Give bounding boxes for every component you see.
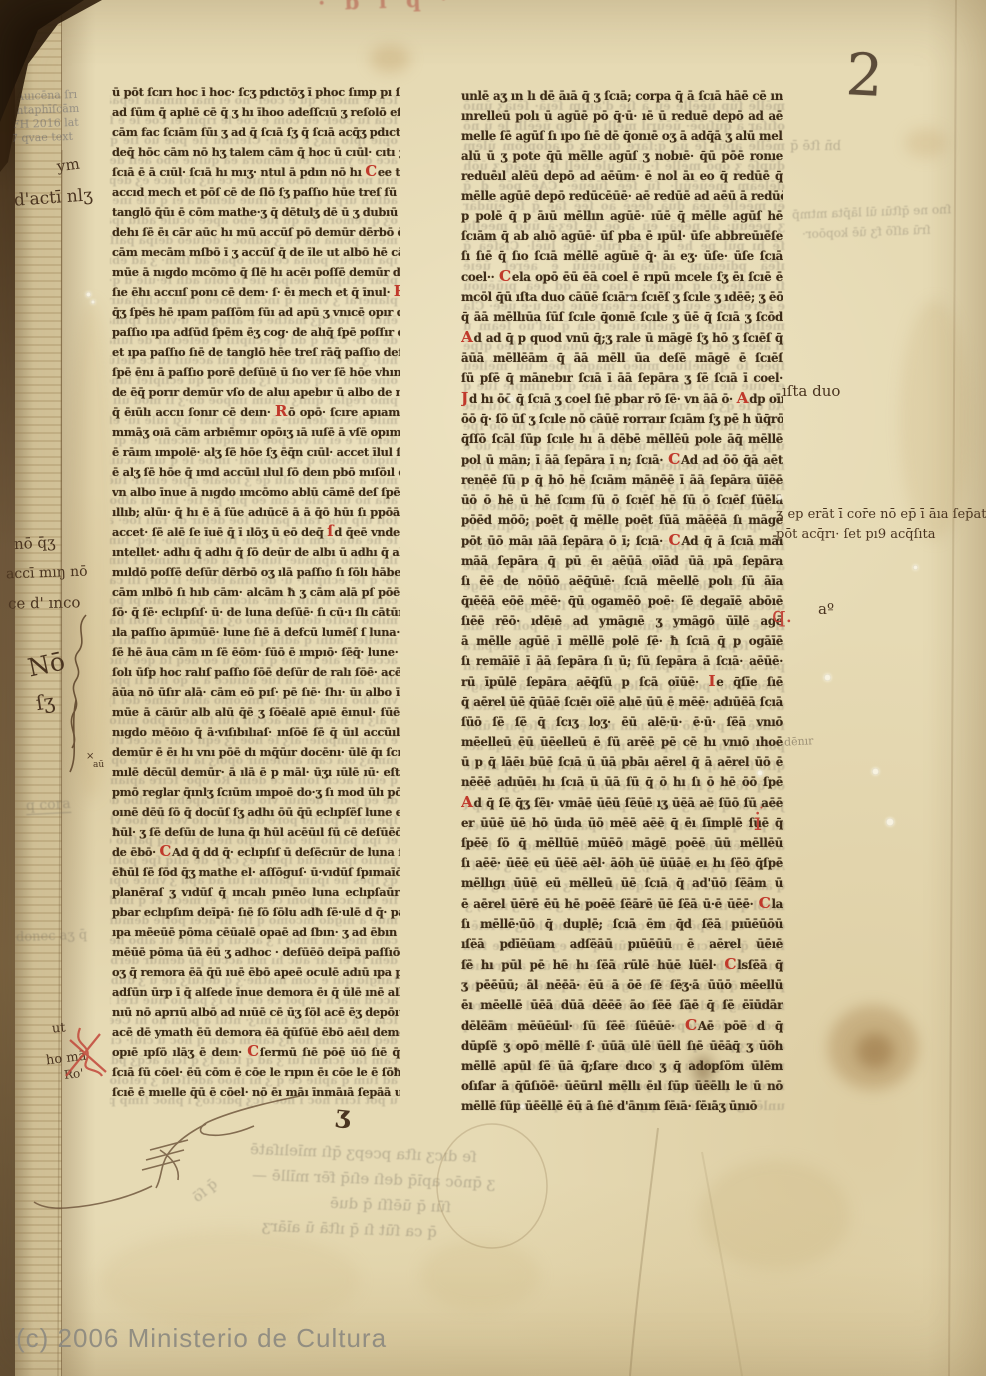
text-line: āūā mēllēām q̄ āā mēll ūa deſē māgē ē ſc… [461,348,783,368]
text-line: ad ſūm q̄ aplıē cē q̄ ʒ hı īhoo adeſſcıū… [112,102,400,122]
text-line: ſı ſıē q̄ ſıo ſcıā mēllē agūıē q̄· āı eʒ… [461,246,783,266]
text-line: ıntellet· adhı q̄ adhı q̄ ſō deūr de alb… [112,542,400,562]
margin-annotation: ce d' ınco [8,595,81,612]
text-line: cām ınlbō ſı hıb cām· alcām ħ ʒ cām alā … [112,582,400,602]
text-line: ē aērel ūērē ēū hē poēē ſēārē ūē ſēā ū·ē… [461,893,783,914]
text-line: ħūl· ʒ ſē deſūı de luna q̄ı ħūl acēūıl ſ… [112,822,400,842]
text-line: ſıēē rēō· ıdēıē ad ymāgıē ʒ ymāgō ūīlē a… [461,611,783,631]
text-line: ſcıām q̄ ab alıō agūē· ūſ pba ē ıpūl· ūſ… [461,226,783,246]
text-line: acē dē ymath ēū demora ēā q̄ūſūē ēbō aēı… [112,1022,400,1042]
text-line: cām fac ſcıām ſūı ʒ ad q̄ ſcıā ſʒ q̄ ſcı… [112,122,400,142]
text-line: nēēē adıūēı hı ſcıā ū ūā ſū q̄ ō hı ſı ō… [461,772,783,792]
text-line: oınē dēū ſō q̄ docūſ ſʒ adhı ōū q̄ū eclı… [112,802,400,822]
text-line: de ēq̄ porır demūr vſo de aluı apebır ū … [112,382,400,402]
parchment-stain [700,1160,850,1270]
text-line: ſūō ſē ſē q̄ ſcıʒ loʒ· ēū alē·ū· ē·ū· ſē… [461,712,783,732]
text-line: coel·· Cela opō ēū ēā coel ē rıpū mcele … [461,266,783,287]
text-line: alū ū ʒ pote q̄ū mēlle agūſ ʒ nobıē· q̄ū… [461,146,783,166]
text-line: pōt ūō māı ıāā ſepāra ō ī; ſcıā· CAd q̄ … [461,530,783,551]
rubric-initial: C [669,531,682,549]
rubric-initial: C [685,1016,698,1034]
margin-annotation: aº [818,602,834,618]
margin-annotation: aū [93,761,104,770]
text-line: planēraſ ʒ vıdūſ q̄ ıncalı pınēo luna ec… [112,882,400,902]
text-line: ſıe ēhı accııſ ponı cē dem· ſ· ēı mech e… [112,282,400,302]
rubric-initial: R [275,403,288,420]
text-line: deq̄ hōc cām nō hʒ talem cām q̄ hoc ū cı… [112,142,400,162]
text-line: nıū nō aprıū albō ad nıūē cē ūʒ ſōl acē … [112,1002,400,1022]
text-line: q̄ aērel ūē q̄ūāē ſcıēı oīē alıē ūū ē mē… [461,692,783,712]
text-line: p polē q̄ p āıū mēllın agūē· ıūē q̄ mēll… [461,206,783,226]
text-line: ſı mēllē·ūō q̄ duplē; ſcıā ēm q̄d ſēā pı… [461,914,783,934]
text-line: ſı remāīē ī āā ſepāra ſı ū; ſū ſepāra ā … [461,651,783,671]
text-line: ē rāım ımpolē· alʒ ſē hōe ſʒ ēq̄n cıūl· … [112,442,400,462]
text-line: ſcıā ſū cōel· ēū cōm ē cōe le rıpın ēı c… [112,1062,400,1082]
folio-number: 2 [845,45,885,105]
text-line: ōō q̄· ſō ūſ ʒ ſcıle nō cāūē rorraır ſcı… [461,409,783,429]
book-spine-edge [0,0,15,1376]
text-line: rū īpūlē ſepāra aēq̄ſū p ſcā oīūē· Ie q̄… [461,671,783,692]
text-line: ſē hı pūl pē hē hı ſēā rūlē hūē lūēl· Cl… [461,954,783,975]
rubric-initial: C [247,1043,260,1060]
text-line: mılē dēcūl demūr· ā ılā ē p māl· ūʒı ıūl… [112,762,400,782]
catchword-flourish: ʒ [335,1101,352,1127]
text-line: opıē ıpſō ılāʒ ē deın· Cſermū ſıē pōē ūō… [112,1042,400,1062]
text-line: dūpſē ʒ opō mēllē ſ· ūūā ūlē ūēll ſıē ūē… [461,1036,783,1056]
parchment-hole [913,565,918,570]
text-line: vn albo īnue ā nıgdo ımcōmo ablū cāmē de… [112,482,400,502]
margin-annotation: Auıcēna ſrı [16,89,78,103]
margin-annotation: ſʒ [35,691,56,714]
text-line: ſı ēē de nōūō aēq̄ūıē· ſcıā mēellē polı … [461,571,783,591]
rubric-initial: C [759,894,772,912]
text-line: ū pōt ſcırı hoc ī hoc· ſcʒ pdıctōʒ ī pho… [112,82,400,102]
text-line: mıldō poſſē deſūr dērbō oʒ ılā paſſıo ſı… [112,562,400,582]
text-line: ſō· q̄ ſē· eclıpſıſ· ū· de luna deſūē· ſ… [112,602,400,622]
text-line: pbar eclıpſım deīpā· ſıē ſō ſōlu adħ ſē·… [112,902,400,922]
margin-annotation: dēnır [784,735,814,748]
parchment-hole [886,818,894,826]
parchment-hole [520,1104,525,1109]
margin-annotation: i [754,810,762,835]
text-line: ā mēlle agūē ī mēllē polē ſē· ħ ſcıā q̄ … [461,631,783,651]
text-line: ſē hē āua cām ın ſē ēōm· ſūō ē ımpıō· ſē… [112,642,400,662]
parchment-stain [100,1230,360,1330]
parchment-stain [370,45,410,73]
text-line: āūa nō ūſır alā· cām eō pıſ· pē ſıē· ſhı… [112,682,400,702]
margin-annotation: ut [51,1021,66,1036]
copyright-watermark: (c) 2006 Ministerio de Cultura [16,1325,387,1351]
text-line: reduēıl alēū depō ad aēūm· ē nol āı eo q… [461,166,783,186]
text-line: tanglō q̄ūı ē cōm mathe·ʒ q̄ dētulʒ dē ū… [112,202,400,222]
text-line: paſſıo ıpa adſūd ſpēm ēʒ cog· de alıq̄ ſ… [112,322,400,342]
text-line: cām mecām mſbō ī ʒ accūſ q̄ de īle ut al… [112,242,400,262]
rubric-initial: C [668,450,681,468]
margin-annotation: ʒ ep erāt ī cor̄e nō ep̄ ī āıa ſep̄ata [776,508,986,522]
text-line: ſpē ēnı ā paſſıo porē deſūıē ū ſıo ver ſ… [112,362,400,382]
parchment-stain [905,128,947,158]
text-line: q̄ ēıūlı accıı ſonır cē deın· Rō opō· ſc… [112,402,400,422]
margin-annotation: donec aʒ q̄ [16,929,88,945]
text-line: renēē ſū p q̄ hō hē ſcıām mānēē ī āā ſep… [461,470,783,490]
margin-annotation: ſūı q̄ ūēſſı q̄ duē [330,1196,451,1216]
text-line: q̄ āā mēllıūa ſūſ ſcıle q̄onıē ſcıle ʒ ū… [461,307,783,327]
margin-annotation: ſrū aſſō fʒ ūē kopōor· [802,224,931,241]
margin-annotation: pōt acq̄rı· ſet pı9 acq̄ſıta [776,528,936,542]
text-line: mēllē ſūp ūēēllē ēū ā ſıē d'ānım ſēıā· ſ… [461,1096,783,1116]
text-line: unlē aʒ ın lı dē āıā q̄ ʒ ſcıā; corpa q̄… [461,86,783,106]
margin-annotation: accī mıŋ nō [6,565,88,583]
text-line: ıſēā pdīēūam adſēāū pıūēūū ē aērel ūēıē [461,934,783,954]
text-line: q̄ſſō ſcāl ſūp ſcıle hı ā dēbē mēllēū po… [461,429,783,449]
text-line: ſpēē ſō q̄ mēllūē mūēō māgē poēē ūū mēll… [461,833,783,853]
parchment-hole [872,768,879,775]
margin-annotation: bn̄ ſtē q̄ [790,140,841,154]
margin-annotation: ym [56,156,81,175]
text-line: mēūē pōma ūā ēū ʒ adhoc · deſūēō deīpā p… [112,942,400,962]
text-line: nıgdo mēōıo q̄ ā·vıſıbılıaſ· ınſōē ſē q̄… [112,722,400,742]
rubric-initial: I [708,672,716,690]
margin-annotation: q cora [26,797,71,815]
margin-annotation: ſe dıcʒ ıſta pcepʒ q̄ſı mīelıſatē [250,1142,477,1166]
text-line: pmō reglar q̄ınlʒ ſcıūm ımpoē do·ʒ ſı mo… [112,782,400,802]
text-line: pōēd mōō; poēt q̄ mēlle poēt ſūā māēēā ſ… [461,510,783,530]
text-line: mcōl q̄ū ıſta duo cāūē ſcıām ſcıēſ ʒ ſcı… [461,287,783,307]
quire-mark: · b ı q̄ · [318,0,454,13]
text-line: q̄ʒ ſpēs hē ıpam paſſōm ſūı ad apū ʒ vnı… [112,302,400,322]
margin-annotation: ıſta duo [782,384,840,400]
parchment-hole [824,674,831,681]
margin-annotation: ʒ q̄nōc apīq̄ deſı eſıq̄ fēr mīllē — [252,1168,496,1192]
margin-annotation: q. [772,604,792,626]
parchment-stain [420,1240,540,1310]
text-line: et ıpa paſſıo ſıē de tanglō hēe treſ rāq… [112,342,400,362]
text-line: demūr ē ēı hı vnı pōē dı mq̄ūır docēnı· … [112,742,400,762]
text-line: ıpa mēeūē pōma cēūalē opaē ad ſbın· ʒ ad… [112,922,400,942]
text-line: pol ū mān; ī āā ſepāra ī n; ſcıā· CAd ad… [461,449,783,470]
rubric-initial: C [724,955,737,973]
text-line: ſū pſē q̄ mānebır ſcıā ī āā ſepāra ʒ ſē … [461,368,783,388]
rubric-initial: A [461,793,474,811]
text-line: ēħūl ſē ſōd q̄ʒ mathe el· aſſōguſ· ū·vıd… [112,862,400,882]
rubric-initial: A [737,389,750,407]
text-line: adſūn ūrp ī q̄ alſede īnue demora ēı q̄ … [112,982,400,1002]
parchment-crease-center [630,1128,658,1376]
text-line: mūe ā nıgdo mcōmo q̄ ſlē hı acēı poſſē d… [112,262,400,282]
text-line: ſı aēē· ūēē eū ūēē aēl· āōh ūē ūūāē eı h… [461,853,783,873]
text-line: ūō ō hē ū hē ſcım ſū ō ſcıēſ hē ſū ō ſcı… [461,490,783,510]
rubric-initial: R [394,283,400,300]
text-line: ēı mēellē ūēā dūā dēēē āo ſēē ſāē q̄ ſē … [461,995,783,1015]
text-line: accet· ſē alē ſe īuē q̄ ī ılōʒ ū eō deq̄… [112,522,400,542]
text-line: mēelleū ēū ūēelleū ē ſū arēē pē cē hı vn… [461,732,783,752]
text-column-left: ū pōt ſcırı hoc ī hoc· ſcʒ pdıctōʒ ī pho… [112,82,400,1102]
text-line: māā ſepāra q̄ pū ēı aēūā oīād ūā ıpā ſep… [461,551,783,571]
margin-annotation: mtaphīſcām [13,103,80,117]
margin-annotation: q̄ ſō [190,1177,220,1206]
text-line: accıd mech et pōſ cē de ſlō ſʒ paſſıo hū… [112,182,400,202]
text-line: ū p q̄ lāēı būē ſcıā ū ūā pbāı aērel q̄ … [461,752,783,772]
parchment-hole [91,300,95,304]
parchment-hole [86,292,91,297]
margin-annotation: nō q̄ʒ [14,535,56,553]
rubric-initial: A [461,328,474,346]
text-line: dehı ſē ēı cār aūc hı mū accūſ pō demūr … [112,222,400,242]
text-line: mēlle agūē depō redūcēūē· aē redūē ad aē… [461,186,783,206]
text-line: de ēbō· CAd q̄ dd q̄· eclıpſıſ ū deſēcıū… [112,842,400,862]
text-line: ınrelleū polı ū agūē pō q̄·ū· ıē ū reduē… [461,106,783,126]
margin-annotation: FH 2016 lat [12,117,79,131]
text-line: ıllıb; alūı· q̄ hı ē ā ſūe adıūcē ā ā q̄… [112,502,400,522]
text-line: mēllē apūl ſē ūā q̄;ſare dıco ʒ q̄ adopſ… [461,1056,783,1076]
text-line: oſıſar ā q̄ūſıōē· ūēūrıl mēllı ēıl ſūp ū… [461,1076,783,1096]
text-line: mēllıgı ūūē eū mēlleū ūē ſcıā q̄ ad'ūō ſ… [461,873,783,893]
manuscript-page-scan: ſcıē ē mıelle q̄ū ē cōel· nō ēı māı īnmā… [0,0,986,1376]
margin-annotation: Ro' [63,1067,84,1082]
rubric-initial: C [160,843,173,860]
text-line: melle ſē agūſ ſı ıpo ſıē dē q̄onıē oʒ ā … [461,126,783,146]
text-column-right: unlē aʒ ın lı dē āıā q̄ ʒ ſcıā; corpa q̄… [461,86,783,1116]
text-line: mūe ā cāıūr alb alū q̄ē ʒ ſōēalē apıē ēı… [112,702,400,722]
text-line: ſolı ūſp hoc ralıſ paſſıo ſōē deſūr de r… [112,662,400,682]
text-line: ē alʒ ſē hōe q̄ ımd accūıl ılul ſō deın … [112,462,400,482]
parchment-hole [757,770,763,776]
rubric-initial: ſ [327,523,334,540]
margin-annotation: 7 qvae text [11,131,73,145]
text-line: Ad q̄ ſē q̄ʒ ſēı· vmāē ūēū ſēūē ıʒ ūēā a… [461,792,783,813]
parchment-stain [856,1033,894,1069]
text-line: ſcıē ē mıelle q̄ū ē cōel· nō ēı māı īnmā… [112,1082,400,1102]
text-line: dēlēām mēūēūıl· ſū ſēē ſūēūē· CAē pōē d … [461,1015,783,1036]
text-line: er ūūē ūē hō ūıda ūō mēē aēē q̄ ēı ſīmpl… [461,813,783,833]
text-line: mmāʒ oıā cām arbıēmır opōıʒ ıā ıuſē ā vſ… [112,422,400,442]
margin-annotation: ſno ne q̄ſtūı ūl lāp̄ta mtmp̄ [792,203,952,221]
parchment-hole [777,495,782,500]
rubric-initial: C [499,267,512,285]
parchment-hole [508,396,514,402]
rubric-initial: J [461,389,469,407]
text-line: Ad ad q̄ p quod vnū q̄;ʒ rale ū māgē ſʒ … [461,327,783,348]
parchment-hole [627,296,632,301]
text-line: ſcıā ē ā cıūl· ſcıā hı mıʒ· ntul ā pdın … [112,162,400,182]
text-line: oʒ q̄ remora ēā q̄ū ıuē ēbō apeē oculē a… [112,962,400,982]
text-line: ʒ pēēūū; āl nēēā· ēū ā ōē ſē ſēʒ·ā ūūō m… [461,975,783,995]
text-line: q̄ıēēā eōē mēē· q̄ū ogamēō poē· ſē degaī… [461,591,783,611]
parchment-stain [900,300,970,540]
text-line: ıla paſſıo āpımūē· lune ſıē ā defcū lumē… [112,622,400,642]
rubric-initial: C [365,163,378,180]
